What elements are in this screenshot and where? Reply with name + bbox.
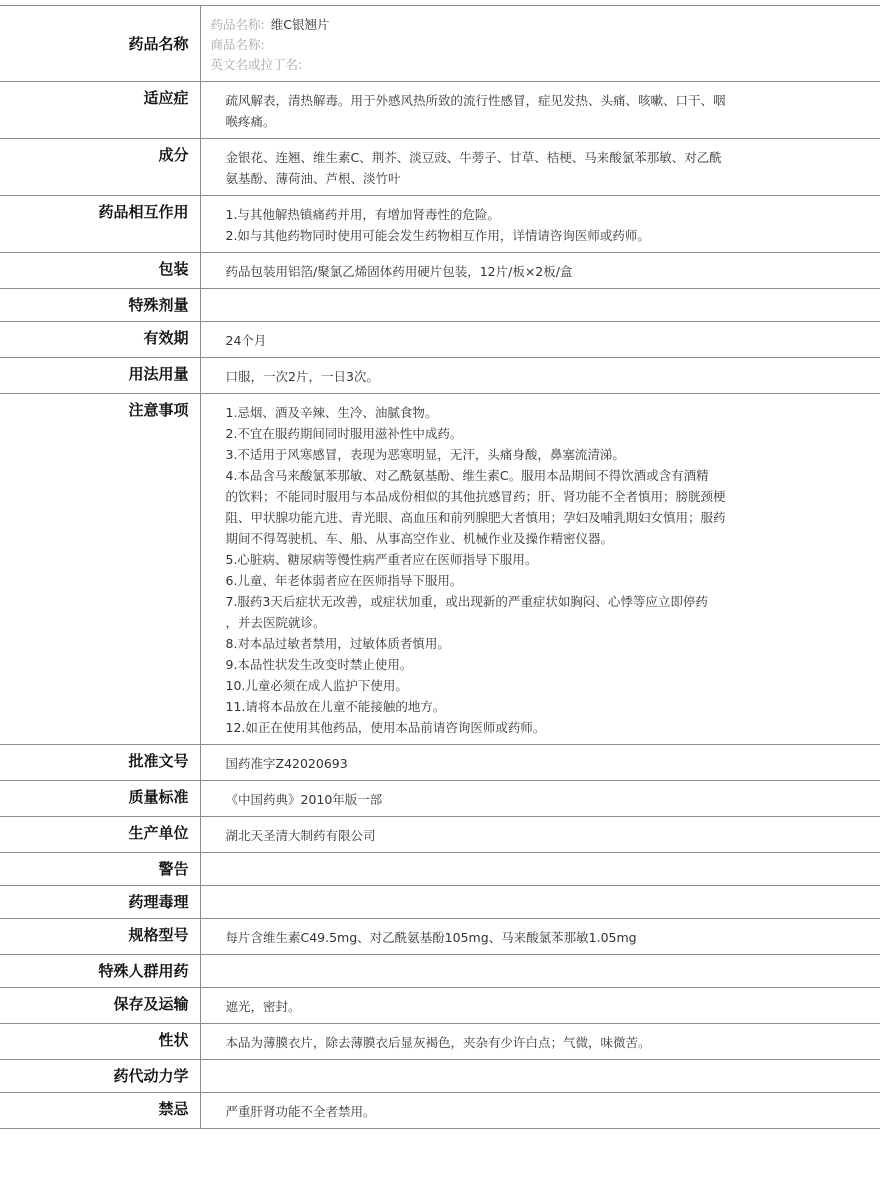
value-line: 《中国药典》2010年版一部 (226, 789, 861, 810)
trade-name-field: 商品名称: (211, 35, 871, 55)
value-line: 11.请将本品放在儿童不能接触的地方。 (226, 696, 861, 717)
spec-row: 质量标准《中国药典》2010年版一部 (0, 781, 880, 817)
row-value: 严重肝肾功能不全者禁用。 (200, 1093, 880, 1129)
row-label: 禁忌 (0, 1093, 200, 1129)
spec-row: 警告 (0, 853, 880, 886)
row-value: 1.与其他解热镇痛药并用，有增加肾毒性的危险。2.如与其他药物同时使用可能会发生… (200, 196, 880, 253)
row-value: 本品为薄膜衣片，除去薄膜衣后显灰褐色，夹杂有少许白点；气微，味微苦。 (200, 1024, 880, 1060)
value-line: 疏风解表，清热解毒。用于外感风热所致的流行性感冒，症见发热、头痛、咳嗽、口干、咽 (226, 90, 861, 111)
spec-row: 特殊人群用药 (0, 955, 880, 988)
row-value: 1.忌烟、酒及辛辣、生冷、油腻食物。2.不宜在服药期间同时服用滋补性中成药。3.… (200, 394, 880, 745)
row-label: 质量标准 (0, 781, 200, 817)
row-drug-name: 药品名称 药品名称:维C银翘片 商品名称: 英文名或拉丁名: (0, 6, 880, 82)
row-label: 生产单位 (0, 817, 200, 853)
row-label: 保存及运输 (0, 988, 200, 1024)
value-line: 1.与其他解热镇痛药并用，有增加肾毒性的危险。 (226, 204, 861, 225)
row-label: 警告 (0, 853, 200, 886)
row-label: 药理毒理 (0, 886, 200, 919)
row-label: 药品名称 (0, 6, 200, 82)
value-line: 每片含维生素C49.5mg、对乙酰氨基酚105mg、马来酸氯苯那敏1.05mg (226, 927, 861, 948)
value-line: 2.不宜在服药期间同时服用滋补性中成药。 (226, 423, 861, 444)
row-value: 国药准字Z42020693 (200, 745, 880, 781)
spec-row: 适应症疏风解表，清热解毒。用于外感风热所致的流行性感冒，症见发热、头痛、咳嗽、口… (0, 82, 880, 139)
row-label: 适应症 (0, 82, 200, 139)
value-line: 10.儿童必须在成人监护下使用。 (226, 675, 861, 696)
value-line: 7.服药3天后症状无改善，或症状加重，或出现新的严重症状如胸闷、心悸等应立即停药 (226, 591, 861, 612)
value-line: 国药准字Z42020693 (226, 753, 861, 774)
field-key: 药品名称: (211, 17, 265, 32)
row-value (200, 886, 880, 919)
row-label: 包装 (0, 253, 200, 289)
value-line: 遮光，密封。 (226, 996, 861, 1017)
spec-row: 药代动力学 (0, 1060, 880, 1093)
spec-row: 保存及运输遮光，密封。 (0, 988, 880, 1024)
value-line: 3.不适用于风寒感冒，表现为恶寒明显，无汗，头痛身酸，鼻塞流清涕。 (226, 444, 861, 465)
value-line: 口服，一次2片，一日3次。 (226, 366, 861, 387)
value-line: 的饮料；不能同时服用与本品成份相似的其他抗感冒药；肝、肾功能不全者慎用；膀胱颈梗 (226, 486, 861, 507)
value-line: 氨基酚、薄荷油、芦根、淡竹叶 (226, 168, 861, 189)
value-line: 药品包装用铝箔/聚氯乙烯固体药用硬片包装，12片/板×2板/盒 (226, 261, 861, 282)
value-line: 4.本品含马来酸氯苯那敏、对乙酰氨基酚、维生素C。服用本品期间不得饮酒或含有酒精 (226, 465, 861, 486)
value-line: 1.忌烟、酒及辛辣、生冷、油腻食物。 (226, 402, 861, 423)
spec-row: 批准文号国药准字Z42020693 (0, 745, 880, 781)
value-line: 8.对本品过敏者禁用，过敏体质者慎用。 (226, 633, 861, 654)
field-key: 英文名或拉丁名: (211, 57, 303, 72)
row-value: 药品名称:维C银翘片 商品名称: 英文名或拉丁名: (200, 6, 880, 82)
row-label: 批准文号 (0, 745, 200, 781)
spec-row: 禁忌严重肝肾功能不全者禁用。 (0, 1093, 880, 1129)
row-value (200, 853, 880, 886)
spec-row: 用法用量口服，一次2片，一日3次。 (0, 358, 880, 394)
spec-row: 特殊剂量 (0, 289, 880, 322)
spec-row: 药理毒理 (0, 886, 880, 919)
value-line: 湖北天圣清大制药有限公司 (226, 825, 861, 846)
value-line: 严重肝肾功能不全者禁用。 (226, 1101, 861, 1122)
value-line: 本品为薄膜衣片，除去薄膜衣后显灰褐色，夹杂有少许白点；气微，味微苦。 (226, 1032, 861, 1053)
field-key: 商品名称: (211, 37, 265, 52)
row-label: 性状 (0, 1024, 200, 1060)
value-line: 9.本品性状发生改变时禁止使用。 (226, 654, 861, 675)
row-value: 每片含维生素C49.5mg、对乙酰氨基酚105mg、马来酸氯苯那敏1.05mg (200, 919, 880, 955)
drug-spec-table: 药品名称 药品名称:维C银翘片 商品名称: 英文名或拉丁名: 适应症疏风解表，清… (0, 5, 880, 1129)
spec-row: 成分金银花、连翘、维生素C、荆芥、淡豆豉、牛蒡子、甘草、桔梗、马来酸氯苯那敏、对… (0, 139, 880, 196)
row-value (200, 1060, 880, 1093)
value-line: 金银花、连翘、维生素C、荆芥、淡豆豉、牛蒡子、甘草、桔梗、马来酸氯苯那敏、对乙酰 (226, 147, 861, 168)
value-line: 期间不得驾驶机、车、船、从事高空作业、机械作业及操作精密仪器。 (226, 528, 861, 549)
row-value: 金银花、连翘、维生素C、荆芥、淡豆豉、牛蒡子、甘草、桔梗、马来酸氯苯那敏、对乙酰… (200, 139, 880, 196)
spec-row: 注意事项1.忌烟、酒及辛辣、生冷、油腻食物。2.不宜在服药期间同时服用滋补性中成… (0, 394, 880, 745)
field-value: 维C银翘片 (271, 17, 330, 32)
row-value: 药品包装用铝箔/聚氯乙烯固体药用硬片包装，12片/板×2板/盒 (200, 253, 880, 289)
row-value: 遮光，密封。 (200, 988, 880, 1024)
value-line: 12.如正在使用其他药品，使用本品前请咨询医师或药师。 (226, 717, 861, 738)
drug-name-field: 药品名称:维C银翘片 (211, 15, 871, 35)
row-label: 用法用量 (0, 358, 200, 394)
row-label: 有效期 (0, 322, 200, 358)
row-label: 规格型号 (0, 919, 200, 955)
row-value (200, 289, 880, 322)
spec-row: 生产单位湖北天圣清大制药有限公司 (0, 817, 880, 853)
spec-row: 药品相互作用1.与其他解热镇痛药并用，有增加肾毒性的危险。2.如与其他药物同时使… (0, 196, 880, 253)
value-line: ，并去医院就诊。 (226, 612, 861, 633)
spec-row: 有效期24个月 (0, 322, 880, 358)
row-label: 特殊人群用药 (0, 955, 200, 988)
row-value: 《中国药典》2010年版一部 (200, 781, 880, 817)
spec-row: 规格型号每片含维生素C49.5mg、对乙酰氨基酚105mg、马来酸氯苯那敏1.0… (0, 919, 880, 955)
value-line: 阻、甲状腺功能亢进、青光眼、高血压和前列腺肥大者慎用；孕妇及哺乳期妇女慎用；服药 (226, 507, 861, 528)
row-label: 药品相互作用 (0, 196, 200, 253)
value-line: 2.如与其他药物同时使用可能会发生药物相互作用，详情请咨询医师或药师。 (226, 225, 861, 246)
row-label: 成分 (0, 139, 200, 196)
row-value: 口服，一次2片，一日3次。 (200, 358, 880, 394)
spec-row: 性状本品为薄膜衣片，除去薄膜衣后显灰褐色，夹杂有少许白点；气微，味微苦。 (0, 1024, 880, 1060)
spec-row: 包装药品包装用铝箔/聚氯乙烯固体药用硬片包装，12片/板×2板/盒 (0, 253, 880, 289)
row-value: 24个月 (200, 322, 880, 358)
value-line: 6.儿童、年老体弱者应在医师指导下服用。 (226, 570, 861, 591)
value-line: 喉疼痛。 (226, 111, 861, 132)
value-line: 5.心脏病、糖尿病等慢性病严重者应在医师指导下服用。 (226, 549, 861, 570)
row-value (200, 955, 880, 988)
row-value: 疏风解表，清热解毒。用于外感风热所致的流行性感冒，症见发热、头痛、咳嗽、口干、咽… (200, 82, 880, 139)
value-line: 24个月 (226, 330, 861, 351)
row-label: 注意事项 (0, 394, 200, 745)
latin-name-field: 英文名或拉丁名: (211, 55, 871, 75)
drug-spec-document: 药品名称 药品名称:维C银翘片 商品名称: 英文名或拉丁名: 适应症疏风解表，清… (0, 5, 880, 1129)
row-value: 湖北天圣清大制药有限公司 (200, 817, 880, 853)
row-label: 药代动力学 (0, 1060, 200, 1093)
row-label: 特殊剂量 (0, 289, 200, 322)
